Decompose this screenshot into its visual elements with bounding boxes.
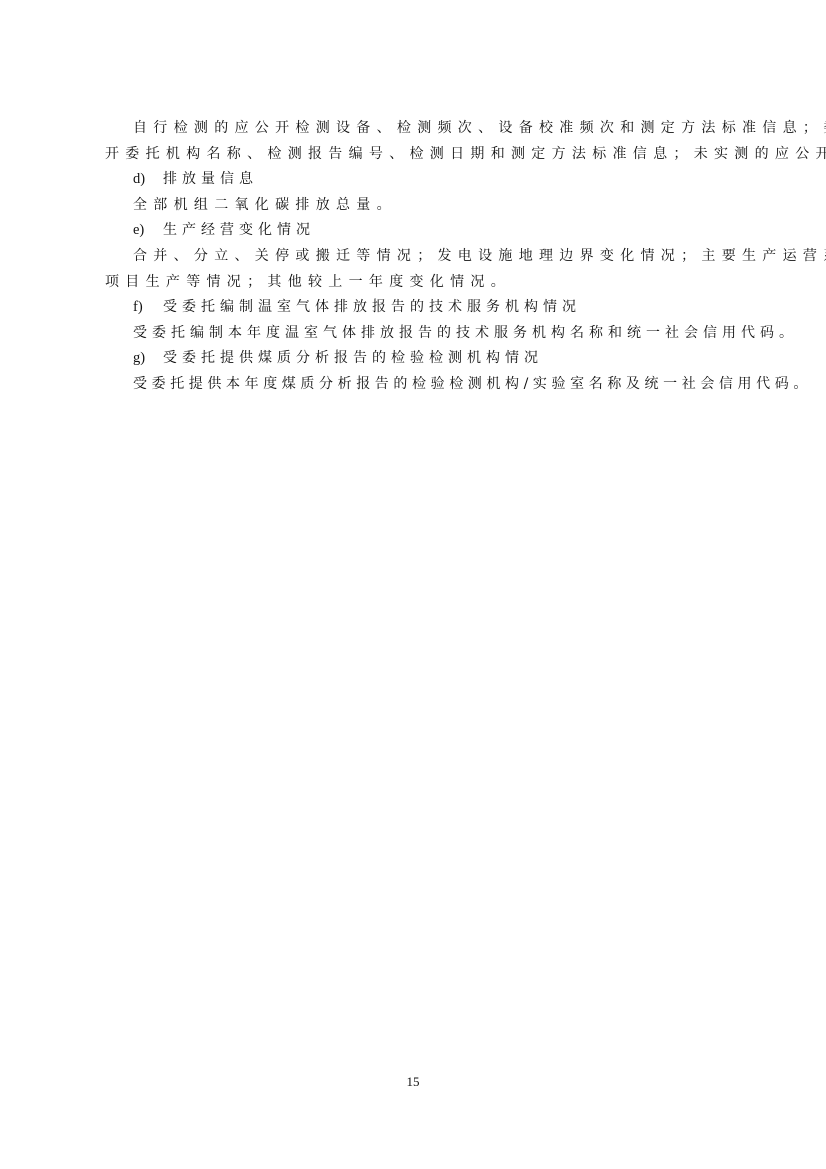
paragraph-testing-agency: 受委托提供本年度煤质分析报告的检验检测机构/实验室名称及统一社会信用代码。 (105, 372, 737, 398)
item-g-heading: g)受委托提供煤质分析报告的检验检测机构情况 (105, 346, 737, 372)
item-title: 受委托编制温室气体排放报告的技术服务机构情况 (163, 299, 581, 315)
item-title: 受委托提供煤质分析报告的检验检测机构情况 (163, 350, 543, 366)
paragraph-monitoring-line-1: 自行检测的应公开检测设备、检测频次、设备校准频次和测定方法标准信息；委托检测的应… (105, 116, 737, 142)
item-label: e) (133, 218, 163, 244)
item-label: g) (133, 346, 163, 372)
page-number: 15 (0, 1074, 826, 1090)
paragraph-service-agency: 受委托编制本年度温室气体排放报告的技术服务机构名称和统一社会信用代码。 (105, 321, 737, 347)
item-e-heading: e)生产经营变化情况 (105, 218, 737, 244)
paragraph-changes-line-1: 合并、分立、关停或搬迁等情况；发电设施地理边界变化情况；主要生产运营系统关停或新… (105, 244, 737, 270)
paragraph-emissions: 全部机组二氧化碳排放总量。 (105, 193, 737, 219)
item-title: 生产经营变化情况 (163, 222, 315, 238)
paragraph-changes-line-2: 项目生产等情况；其他较上一年度变化情况。 (105, 270, 737, 296)
item-d-heading: d)排放量信息 (105, 167, 737, 193)
document-page: 自行检测的应公开检测设备、检测频次、设备校准频次和测定方法标准信息；委托检测的应… (0, 0, 826, 1169)
item-label: d) (133, 167, 163, 193)
item-f-heading: f)受委托编制温室气体排放报告的技术服务机构情况 (105, 295, 737, 321)
item-label: f) (133, 295, 163, 321)
paragraph-monitoring-line-2: 开委托机构名称、检测报告编号、检测日期和测定方法标准信息；未实测的应公开所选取的… (105, 142, 737, 168)
item-title: 排放量信息 (163, 171, 258, 187)
page-content: 自行检测的应公开检测设备、检测频次、设备校准频次和测定方法标准信息；委托检测的应… (105, 116, 737, 398)
